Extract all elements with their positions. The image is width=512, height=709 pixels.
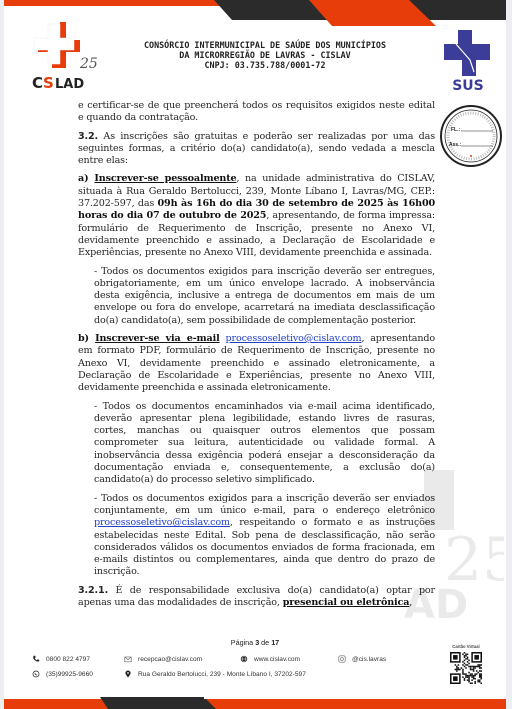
page-number: Página 3 de 17: [4, 638, 506, 647]
document-page: 25 C S LAD CONSÓRCIO INTERMUNICIPAL DE S…: [4, 0, 506, 709]
qr-label: Cartão Virtual: [441, 644, 491, 649]
footer-contacts: 0800 822 4797 recepcao@cislav.com www.ci…: [28, 655, 428, 685]
item-a-note: - Todos os documentos exigidos para insc…: [94, 266, 435, 327]
sus-logo: SUS: [440, 28, 496, 94]
item-b-note-1: - Todos os documentos encaminhados via e…: [94, 401, 435, 487]
document-body: e certificar-se de que preencherá todos …: [78, 100, 435, 615]
section-number: 3.2.: [78, 131, 98, 142]
envelope-icon: [124, 655, 132, 663]
item-b-title: Inscrever-se via e-mail: [95, 333, 219, 344]
org-cnpj: CNPJ: 03.735.788/0001-72: [100, 60, 430, 70]
item-b-note-2: - Todos os documentos exigidos para a in…: [94, 493, 435, 579]
item-a-in-person: a) Inscrever-se pessoalmente, na unidade…: [78, 173, 435, 259]
footer-email: recepcao@cislav.com: [124, 655, 202, 663]
paragraph-intro: e certificar-se de que preencherá todos …: [78, 100, 435, 125]
svg-text:25: 25: [79, 56, 98, 72]
svg-text:FL.:: FL.:: [451, 127, 460, 133]
page-stamp: FL.: Ass.:: [439, 104, 503, 168]
footer-instagram: @cis.lavras: [338, 655, 386, 663]
section-number: 3.2.1.: [78, 585, 108, 596]
email-link[interactable]: processoseletivo@cislav.com: [94, 517, 230, 528]
phone-icon: [32, 655, 40, 663]
instagram-icon: [338, 655, 346, 663]
virtual-card: Cartão Virtual: [441, 644, 491, 684]
svg-text:LAD: LAD: [55, 77, 84, 92]
section-3-2-1: 3.2.1. É de responsabilidade exclusiva d…: [78, 585, 435, 610]
svg-text:Ass.:: Ass.:: [449, 142, 462, 148]
cislav-logo: 25 C S LAD: [28, 22, 100, 92]
globe-icon: [240, 655, 248, 663]
footer-whatsapp: (35)99925-9660: [32, 670, 93, 678]
footer-website: www.cislav.com: [240, 655, 300, 663]
email-link[interactable]: processoseletivo@cislav.com: [226, 333, 362, 344]
qr-code-icon[interactable]: [450, 652, 482, 684]
svg-text:SUS: SUS: [452, 78, 484, 94]
organization-header: CONSÓRCIO INTERMUNICIPAL DE SAÚDE DOS MU…: [100, 40, 430, 70]
org-name-line1: CONSÓRCIO INTERMUNICIPAL DE SAÚDE DOS MU…: [100, 40, 430, 50]
org-name-line2: DA MICRORREGIÃO DE LAVRAS - CISLAV: [100, 50, 430, 60]
item-b-email: b) Inscrever-se via e-mail processoselet…: [78, 333, 435, 394]
section-3-2: 3.2. As inscrições são gratuitas e poder…: [78, 131, 435, 168]
svg-text:S: S: [43, 74, 54, 92]
svg-text:25: 25: [444, 525, 504, 595]
location-pin-icon: [124, 670, 132, 678]
footer-phone: 0800 822 4797: [32, 655, 90, 663]
footer-address: Rua Geraldo Bertolucci, 239 - Monte Líba…: [124, 670, 306, 678]
whatsapp-icon: [32, 670, 40, 678]
footer-decorative-band: [4, 697, 506, 709]
item-a-title: Inscrever-se pessoalmente: [94, 173, 236, 184]
svg-text:C: C: [32, 74, 43, 92]
